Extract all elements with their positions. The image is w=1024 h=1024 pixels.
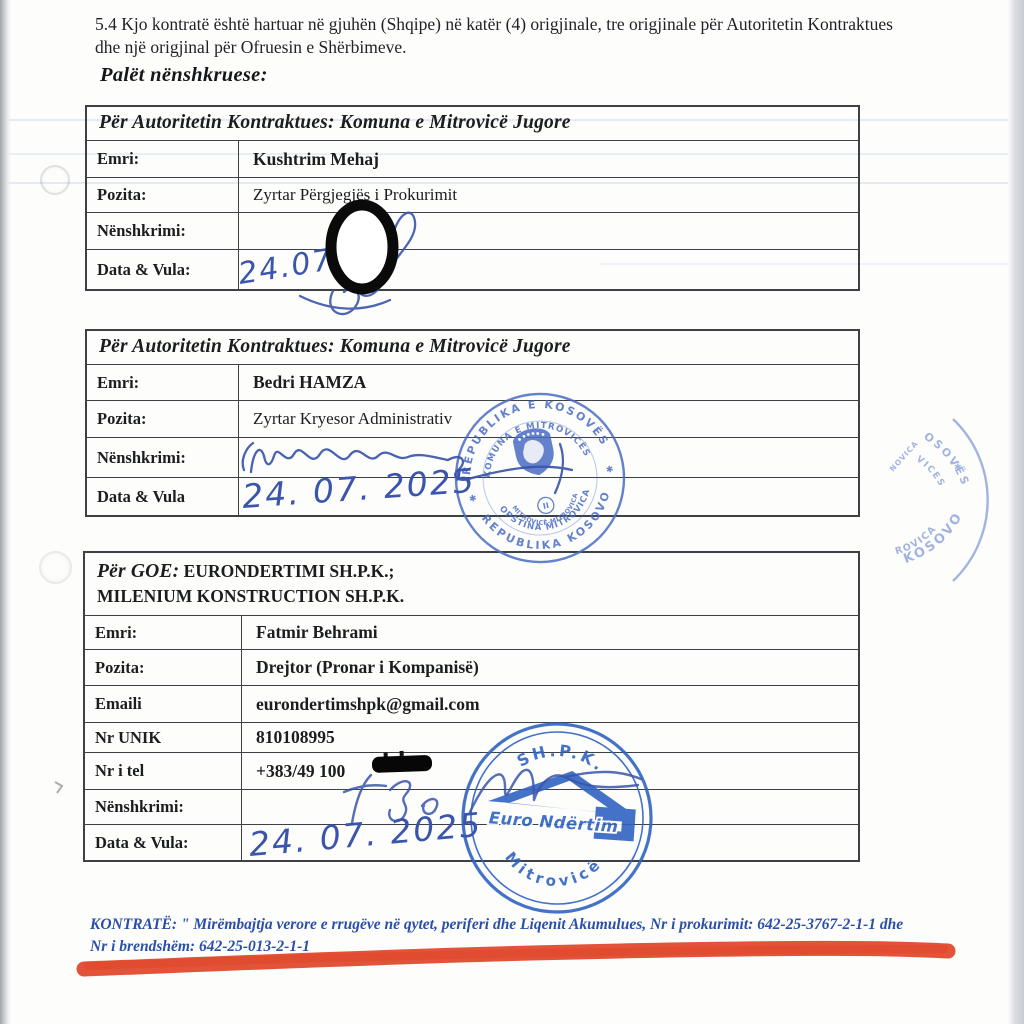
row-label: Nr UNIK	[85, 723, 242, 752]
signatory-table-service-provider: Për GOE: EURONDERTIMI SH.P.K.;MILENIUM K…	[83, 551, 860, 862]
table-row: Pozita:Drejtor (Pronar i Kompanisë)	[85, 649, 858, 685]
binder-hole	[39, 551, 72, 584]
signatory-table-contracting-authority-2: Për Autoritetin Kontraktues: Komuna e Mi…	[85, 329, 860, 517]
row-label: Nr i tel	[85, 753, 242, 789]
table-title-line2: MILENIUM KONSTRUCTION SH.P.K.	[97, 585, 858, 608]
row-label: Emri:	[85, 616, 242, 649]
table-title: Për Autoritetin Kontraktues: Komuna e Mi…	[87, 107, 858, 140]
row-value	[239, 478, 253, 515]
table-row: Data & Vula:	[87, 249, 858, 289]
clause-5-4: 5.4 Kjo kontratë është hartuar në gjuhën…	[95, 13, 950, 59]
contract-reference-line2: Nr i brendshëm: 642-25-013-2-1-1	[90, 938, 310, 956]
row-value: Bedri HAMZA	[239, 365, 366, 400]
edge-mark	[55, 782, 62, 793]
contract-reference-line1: KONTRATË: " Mirëmbajtja verore e rrugëve…	[90, 916, 903, 934]
svg-text:VICES: VICES	[914, 454, 947, 489]
table-title-text: Për Autoritetin Kontraktues: Komuna e Mi…	[99, 336, 571, 357]
row-value	[242, 790, 256, 824]
table-row: Pozita:Zyrtar Përgjegjës i Prokurimit	[87, 177, 858, 212]
table-row: Data & Vula:	[85, 824, 858, 860]
row-label: Pozita:	[87, 178, 239, 212]
row-value	[239, 213, 253, 249]
row-value: Kushtrim Mehaj	[239, 141, 379, 177]
svg-text:✱: ✱	[954, 463, 962, 473]
table-title-text: Për GOE:	[97, 561, 179, 582]
scanned-contract-page: 5.4 Kjo kontratë është hartuar në gjuhën…	[0, 0, 1024, 1024]
table-title-text: Për Autoritetin Kontraktues: Komuna e Mi…	[99, 112, 571, 133]
row-label: Pozita:	[87, 401, 239, 437]
table-row: Pozita:Zyrtar Kryesor Administrativ	[87, 400, 858, 437]
table-row: Nënshkrimi:	[85, 789, 858, 824]
row-value	[242, 825, 256, 860]
table-row: Data & Vula	[87, 477, 858, 515]
table-title: Për GOE: EURONDERTIMI SH.P.K.;MILENIUM K…	[85, 553, 858, 615]
row-label: Pozita:	[85, 650, 242, 685]
row-label: Data & Vula:	[87, 250, 239, 289]
svg-text:NOVICA: NOVICA	[888, 439, 920, 474]
row-label: Nënshkrimi:	[85, 790, 242, 824]
row-value: +383/49 100	[242, 753, 345, 789]
row-value: 810108995	[242, 723, 335, 752]
table-row: Nënshkrimi:	[87, 212, 858, 249]
row-label: Emri:	[87, 141, 239, 177]
svg-text:OSOVËS: OSOVËS	[921, 430, 972, 489]
svg-text:ROVICA: ROVICA	[894, 523, 939, 557]
binder-hole	[40, 165, 70, 195]
edge-partial-stamp: OSOVËS VICES KOSOVO ROVICA NOVICA ✱	[888, 419, 988, 581]
table-title: Për Autoritetin Kontraktues: Komuna e Mi…	[87, 331, 858, 364]
page-edge-left	[0, 0, 11, 1024]
page-edge-right	[1008, 0, 1024, 1024]
row-label: Nënshkrimi:	[87, 438, 239, 477]
row-value	[239, 438, 253, 477]
row-value	[239, 250, 253, 289]
table-row: Nr UNIK810108995	[85, 722, 858, 752]
section-heading: Palët nënshkruese:	[100, 64, 268, 87]
row-value: eurondertimshpk@gmail.com	[242, 686, 480, 722]
row-label: Data & Vula:	[85, 825, 242, 860]
table-row: Nr i tel+383/49 100	[85, 752, 858, 789]
table-row: Nënshkrimi:	[87, 437, 858, 477]
svg-text:KOSOVO: KOSOVO	[902, 509, 967, 567]
row-value: Zyrtar Kryesor Administrativ	[239, 401, 452, 437]
table-row: Emri:Bedri HAMZA	[87, 364, 858, 400]
row-label: Emri:	[87, 365, 239, 400]
row-value: Zyrtar Përgjegjës i Prokurimit	[239, 178, 457, 212]
signatory-table-contracting-authority-1: Për Autoritetin Kontraktues: Komuna e Mi…	[85, 105, 860, 291]
row-value: Drejtor (Pronar i Kompanisë)	[242, 650, 479, 685]
row-value: Fatmir Behrami	[242, 616, 378, 649]
row-label: Nënshkrimi:	[87, 213, 239, 249]
table-row: Emailieurondertimshpk@gmail.com	[85, 685, 858, 722]
table-row: Emri:Fatmir Behrami	[85, 615, 858, 649]
table-title-company: EURONDERTIMI SH.P.K.;	[179, 561, 394, 581]
row-label: Emaili	[85, 686, 242, 722]
table-row: Emri:Kushtrim Mehaj	[87, 140, 858, 177]
row-label: Data & Vula	[87, 478, 239, 515]
